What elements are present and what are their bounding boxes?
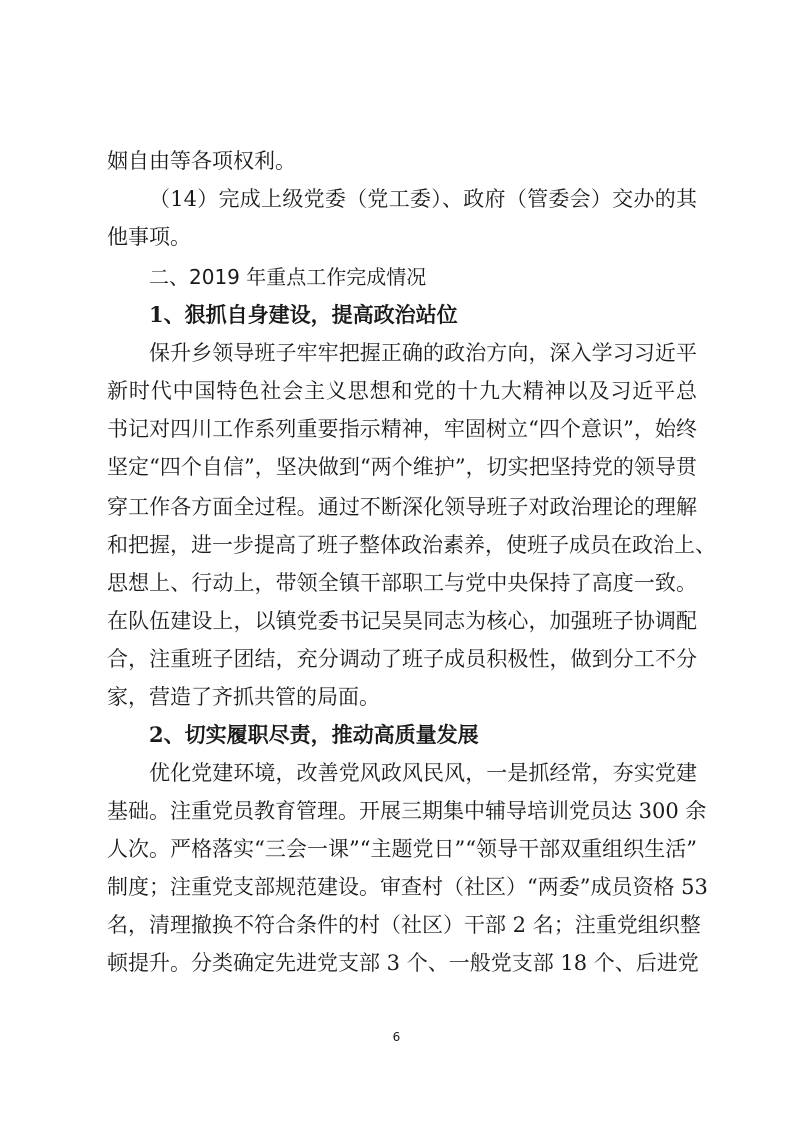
section-heading: 二、2019 年重点工作完成情况 xyxy=(149,262,426,292)
text-line: 基础。注重党员教育管理。开展三期集中辅导培训党员达 300 余 xyxy=(107,796,697,826)
text-line: 思想上、行动上，带领全镇干部职工与党中央保持了高度一致。 xyxy=(107,568,697,598)
text-line: 顿提升。分类确定先进党支部 3 个、一般党支部 18 个、后进党 xyxy=(107,948,697,978)
text-line: 名，清理撤换不符合条件的村（社区）干部 2 名；注重党组织整 xyxy=(107,910,697,940)
subsection-heading: 2、切实履职尽责，推动高质量发展 xyxy=(149,720,479,750)
text-line: 在队伍建设上，以镇党委书记吴昊同志为核心，加强班子协调配 xyxy=(107,606,697,636)
text-line: （14）完成上级党委（党工委）、政府（管委会）交办的其 xyxy=(149,184,697,214)
text-line: 穿工作各方面全过程。通过不断深化领导班子对政治理论的理解 xyxy=(107,492,697,522)
text-line: 人次。严格落实“三会一课”“主题党日”“领导干部双重组织生活” xyxy=(107,834,697,864)
text-line: 合，注重班子团结，充分调动了班子成员积极性，做到分工不分 xyxy=(107,644,697,674)
text-line: 保升乡领导班子牢牢把握正确的政治方向，深入学习习近平 xyxy=(149,338,697,368)
subsection-heading: 1、狠抓自身建设，提高政治站位 xyxy=(149,300,458,330)
text-line: 和把握，进一步提高了班子整体政治素养，使班子成员在政治上、 xyxy=(107,530,697,560)
page-number: 6 xyxy=(0,1030,793,1044)
text-line: 新时代中国特色社会主义思想和党的十九大精神以及习近平总 xyxy=(107,376,697,406)
text-line: 坚定“四个自信”，坚决做到“两个维护”，切实把坚持党的领导贯 xyxy=(107,452,697,482)
text-line: 书记对四川工作系列重要指示精神，牢固树立“四个意识”，始终 xyxy=(107,414,697,444)
text-line: 姻自由等各项权利。 xyxy=(107,146,296,176)
text-line: 优化党建环境，改善党风政风民风，一是抓经常，夯实党建 xyxy=(149,758,697,788)
text-line: 他事项。 xyxy=(107,222,191,252)
text-line: 家，营造了齐抓共管的局面。 xyxy=(107,682,380,712)
text-line: 制度；注重党支部规范建设。审查村（社区）“两委”成员资格 53 xyxy=(107,872,697,902)
